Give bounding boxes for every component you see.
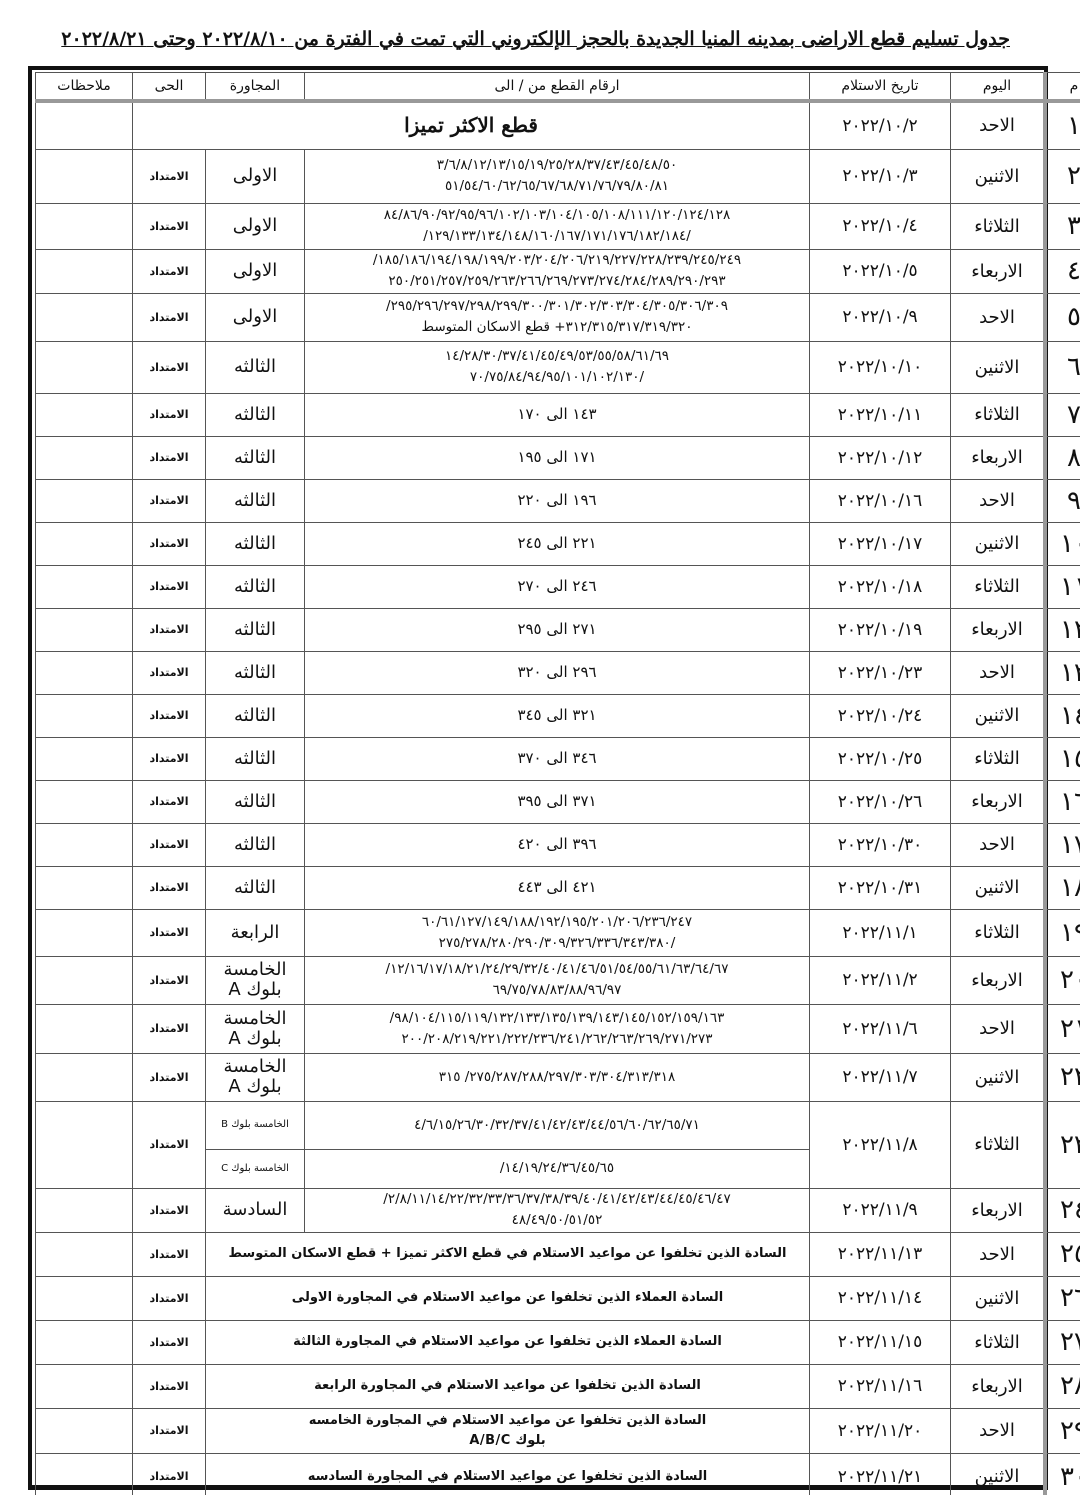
row-date: ٢٠٢٢/١٠/٤ (810, 203, 951, 249)
row-date: ٢٠٢٢/١٠/١١ (810, 393, 951, 436)
header-neighborhood: المجاورة (206, 73, 305, 102)
table-row: ٥الاحد٢٠٢٢/١٠/٩٢٩٥/٢٩٦/٢٩٧/٢٩٨/٢٩٩/٣٠٠/٣… (36, 293, 1080, 341)
table-row: ٢الاثنين٢٠٢٢/١٠/٣٣/٦/٨/١٢/١٣/١٥/١٩/٢٥/٢٨… (36, 149, 1080, 203)
row-date: ٢٠٢٢/١٠/٩ (810, 293, 951, 341)
row-index: ١٢ (1045, 608, 1080, 651)
row-date: ٢٠٢٢/١١/١٤ (810, 1276, 951, 1320)
row-neighborhood: الثالثه (206, 823, 305, 866)
row-date: ٢٠٢٢/١٠/٢٦ (810, 780, 951, 823)
row-notes (36, 651, 133, 694)
header-day: اليوم (951, 73, 1046, 102)
table-row: ٤الاربعاء٢٠٢٢/١٠/٥١٨٥/١٨٦/١٩٤/١٩٨/١٩٩/٢٠… (36, 249, 1080, 293)
plots-line: السادة الذين تخلفوا عن مواعيد الاستلام ف… (210, 1411, 805, 1431)
neighborhood-line: الاولى (210, 307, 300, 327)
row-date: ٢٠٢٢/١٠/١٨ (810, 565, 951, 608)
row-date: ٢٠٢٢/١٠/١٦ (810, 479, 951, 522)
row-notes (36, 1053, 133, 1101)
plots-line: السادة الذين تخلفوا عن مواعيد الاستلام ف… (210, 1467, 805, 1487)
row-neighborhood: الخامسة بلوك B (206, 1101, 305, 1149)
plots-line: ٢/٨/١١/١٤/٢٢/٣٢/٣٣/٣٦/٣٧/٣٨/٣٩/٤٠/٤١/٤٢/… (309, 1189, 805, 1210)
row-day: الاثنين (951, 522, 1046, 565)
row-index: ١ (1045, 101, 1080, 149)
neighborhood-line: الخامسة (210, 960, 300, 980)
table-row: ١٦الاربعاء٢٠٢٢/١٠/٢٦٣٧١ الى ٣٩٥الثالثهال… (36, 780, 1080, 823)
row-index: ٣٠ (1045, 1453, 1080, 1495)
plots-line: ٦٠/٦١/١٢٧/١٤٩/١٨٨/١٩٢/١٩٥/٢٠١/٢٠٦/٢٣٦/٢٤… (309, 912, 805, 933)
neighborhood-line: الثالثه (210, 534, 300, 554)
row-date: ٢٠٢٢/١٠/٣ (810, 149, 951, 203)
row-district: الامتداد (133, 293, 206, 341)
table-row: ٢٨الاربعاء٢٠٢٢/١١/١٦السادة الذين تخلفوا … (36, 1364, 1080, 1408)
delivery-schedule-table: م اليوم تاريخ الاستلام ارقام القطع من / … (35, 72, 1080, 1495)
table-row: ٢٥الاحد٢٠٢٢/١١/١٣السادة الذين تخلفوا عن … (36, 1232, 1080, 1276)
row-district: الامتداد (133, 694, 206, 737)
row-plots: ١٨٥/١٨٦/١٩٤/١٩٨/١٩٩/٢٠٣/٢٠٤/٢٠٦/٢١٩/٢٢٧/… (305, 249, 810, 293)
row-neighborhood: الثالثه (206, 393, 305, 436)
plots-line: ١٤٣ الى ١٧٠ (309, 404, 805, 425)
row-plots: ٣٢١ الى ٣٤٥ (305, 694, 810, 737)
row-date: ٢٠٢٢/١١/٨ (810, 1101, 951, 1188)
neighborhood-line: الثالثه (210, 405, 300, 425)
row-notes (36, 341, 133, 393)
table-row: ٢٢الاثنين٢٠٢٢/١١/٧٢٧٥/٢٨٧/٢٨٨/٢٩٧/٣٠٣/٣٠… (36, 1053, 1080, 1101)
row-day: الاحد (951, 823, 1046, 866)
row-neighborhood: الثالثه (206, 341, 305, 393)
plots-line: ٣/٦/٨/١٢/١٣/١٥/١٩/٢٥/٢٨/٣٧/٤٣/٤٥/٤٨/٥٠ (309, 155, 805, 176)
row-notes (36, 866, 133, 909)
row-index: ٢٧ (1045, 1320, 1080, 1364)
row-notes (36, 203, 133, 249)
neighborhood-line: الثالثه (210, 491, 300, 511)
plots-line: ٢٠٠/٢٠٨/٢١٩/٢٢١/٢٢٢/٢٣٦/٢٤١/٢٦٢/٢٦٣/٢٦٩/… (309, 1029, 805, 1050)
plots-line: /٢٧٥/٢٧٨/٢٨٠/٢٩٠/٣٠٩/٣٢٦/٣٣٦/٣٤٣/٣٨٠ (309, 933, 805, 954)
row-district: الامتداد (133, 956, 206, 1004)
row-day: الاربعاء (951, 249, 1046, 293)
row-day: الاثنين (951, 1276, 1046, 1320)
row-index: ١٥ (1045, 737, 1080, 780)
row-date: ٢٠٢٢/١١/٧ (810, 1053, 951, 1101)
row-notes (36, 1364, 133, 1408)
row-district: الامتداد (133, 479, 206, 522)
row-plots: السادة الذين تخلفوا عن مواعيد الاستلام ف… (206, 1364, 810, 1408)
neighborhood-line: الثالثه (210, 448, 300, 468)
row-notes (36, 1320, 133, 1364)
plots-line: ٢٢١ الى ٢٤٥ (309, 533, 805, 554)
table-row: ٢٠الاربعاء٢٠٢٢/١١/٢١٢/١٦/١٧/١٨/٢١/٢٤/٢٩/… (36, 956, 1080, 1004)
row-district: الامتداد (133, 149, 206, 203)
row-plots: ٤/٦/١٥/٢٦/٣٠/٣٢/٣٧/٤١/٤٢/٤٣/٤٤/٥٦/٦٠/٦٢/… (305, 1101, 810, 1149)
row-notes (36, 249, 133, 293)
row-notes (36, 909, 133, 956)
neighborhood-line: الخامسة (210, 1057, 300, 1077)
row-district: الامتداد (133, 436, 206, 479)
row-district: الامتداد (133, 565, 206, 608)
table-row: ٢٦الاثنين٢٠٢٢/١١/١٤السادة العملاء الذين … (36, 1276, 1080, 1320)
neighborhood-line: الثالثه (210, 620, 300, 640)
row-date: ٢٠٢٢/١٠/٣٠ (810, 823, 951, 866)
header-index: م (1045, 73, 1080, 102)
plots-line: ١٤/٢٨/٣٠/٣٧/٤١/٤٥/٤٩/٥٣/٥٥/٥٨/٦١/٦٩ (309, 346, 805, 367)
row-day: الثلاثاء (951, 737, 1046, 780)
row-index: ١٦ (1045, 780, 1080, 823)
row-district: الامتداد (133, 1101, 206, 1188)
row-index: ٢٠ (1045, 956, 1080, 1004)
row-date: ٢٠٢٢/١١/٢٠ (810, 1408, 951, 1453)
row-index: ٦ (1045, 341, 1080, 393)
neighborhood-line: الثالثه (210, 835, 300, 855)
row-plots: ٢٧١ الى ٢٩٥ (305, 608, 810, 651)
row-date: ٢٠٢٢/١٠/١٩ (810, 608, 951, 651)
plots-line: ٤٨/٤٩/٥٠/٥١/٥٢ (309, 1210, 805, 1231)
row-notes (36, 479, 133, 522)
row-index: ٢٢ (1045, 1053, 1080, 1101)
row-index: ٢٦ (1045, 1276, 1080, 1320)
header-date: تاريخ الاستلام (810, 73, 951, 102)
table-row: ٢٧الثلاثاء٢٠٢٢/١١/١٥السادة العملاء الذين… (36, 1320, 1080, 1364)
row-date: ٢٠٢٢/١١/٩ (810, 1188, 951, 1232)
row-notes (36, 694, 133, 737)
row-district: الامتداد (133, 522, 206, 565)
row-index: ١٨ (1045, 866, 1080, 909)
table-row: ٢٩الاحد٢٠٢٢/١١/٢٠السادة الذين تخلفوا عن … (36, 1408, 1080, 1453)
row-neighborhood: الثالثه (206, 694, 305, 737)
row-district: الامتداد (133, 1276, 206, 1320)
plots-line: ٢٤٦ الى ٢٧٠ (309, 576, 805, 597)
neighborhood-line: بلوك A (210, 1077, 300, 1097)
neighborhood-line: الثالثه (210, 878, 300, 898)
row-neighborhood: الخامسةبلوك A (206, 1053, 305, 1101)
row-day: الثلاثاء (951, 1320, 1046, 1364)
plots-line: ٣٢١ الى ٣٤٥ (309, 705, 805, 726)
row-index: ٨ (1045, 436, 1080, 479)
plots-line: ١٨٥/١٨٦/١٩٤/١٩٨/١٩٩/٢٠٣/٢٠٤/٢٠٦/٢١٩/٢٢٧/… (309, 250, 805, 271)
row-day: الاثنين (951, 866, 1046, 909)
plots-line: ٣٧١ الى ٣٩٥ (309, 791, 805, 812)
neighborhood-line: الثالثه (210, 749, 300, 769)
row-plots: ١٢/١٦/١٧/١٨/٢١/٢٤/٢٩/٣٢/٤٠/٤١/٤٦/٥١/٥٤/٥… (305, 956, 810, 1004)
row-index: ٢ (1045, 149, 1080, 203)
row-index: ٤ (1045, 249, 1080, 293)
row-day: الثلاثاء (951, 565, 1046, 608)
plots-line: ٢٩٦ الى ٣٢٠ (309, 662, 805, 683)
row-plots: ٤٢١ الى ٤٤٣ (305, 866, 810, 909)
table-row: ٦الاثنين٢٠٢٢/١٠/١٠١٤/٢٨/٣٠/٣٧/٤١/٤٥/٤٩/٥… (36, 341, 1080, 393)
plots-line: ٢٧١ الى ٢٩٥ (309, 619, 805, 640)
row-neighborhood: الثالثه (206, 651, 305, 694)
row-index: ٢١ (1045, 1004, 1080, 1053)
neighborhood-line: الاولى (210, 166, 300, 186)
row-date: ٢٠٢٢/١١/١٥ (810, 1320, 951, 1364)
table-row: ١٥الثلاثاء٢٠٢٢/١٠/٢٥٣٤٦ الى ٣٧٠الثالثهال… (36, 737, 1080, 780)
row-date: ٢٠٢٢/١٠/٢٣ (810, 651, 951, 694)
plots-line: ٣٩٦ الى ٤٢٠ (309, 834, 805, 855)
row-index: ١٠ (1045, 522, 1080, 565)
row-plots: السادة الذين تخلفوا عن مواعيد الاستلام ف… (206, 1408, 810, 1453)
row-plots: ١٤/١٩/٢٤/٣٦/٤٥/٦٥/ (305, 1149, 810, 1188)
row-neighborhood: الاولى (206, 149, 305, 203)
row-neighborhood: الثالثه (206, 780, 305, 823)
plots-line: ٤٢١ الى ٤٤٣ (309, 877, 805, 898)
row-day: الثلاثاء (951, 909, 1046, 956)
row-day: الاحد (951, 101, 1046, 149)
row-date: ٢٠٢٢/١٠/٢٤ (810, 694, 951, 737)
row-plots: ٢/٨/١١/١٤/٢٢/٣٢/٣٣/٣٦/٣٧/٣٨/٣٩/٤٠/٤١/٤٢/… (305, 1188, 810, 1232)
row-date: ٢٠٢٢/١١/١ (810, 909, 951, 956)
table-row: ٣٠الاثنين٢٠٢٢/١١/٢١السادة الذين تخلفوا ع… (36, 1453, 1080, 1495)
row-district: الامتداد (133, 203, 206, 249)
row-neighborhood: الخامسةبلوك A (206, 1004, 305, 1053)
plots-line: /١٢٩/١٣٣/١٣٤/١٤٨/١٦٠/١٦٧/١٧١/١٧٦/١٨٢/١٨٤… (309, 226, 805, 247)
header-notes: ملاحظات (36, 73, 133, 102)
plots-line: ٩٨/١٠٤/١١٥/١١٩/١٣٢/١٣٣/١٣٥/١٣٩/١٤٣/١٤٥/١… (309, 1008, 805, 1029)
row-plots: ٣٤٦ الى ٣٧٠ (305, 737, 810, 780)
row-district: الامتداد (133, 1232, 206, 1276)
row-district: الامتداد (133, 1364, 206, 1408)
row-date: ٢٠٢٢/١٠/٥ (810, 249, 951, 293)
row-date: ٢٠٢٢/١٠/٣١ (810, 866, 951, 909)
row-notes (36, 1408, 133, 1453)
row-date: ٢٠٢٢/١٠/٢٥ (810, 737, 951, 780)
row-date: ٢٠٢٢/١٠/٢ (810, 101, 951, 149)
table-header-row: م اليوم تاريخ الاستلام ارقام القطع من / … (36, 73, 1080, 102)
row-neighborhood: الاولى (206, 249, 305, 293)
row-plots: ٩٨/١٠٤/١١٥/١١٩/١٣٢/١٣٣/١٣٥/١٣٩/١٤٣/١٤٥/١… (305, 1004, 810, 1053)
row-day: الاربعاء (951, 1364, 1046, 1408)
plots-line: السادة العملاء الذين تخلفوا عن مواعيد ال… (210, 1288, 805, 1308)
row-index: ١٣ (1045, 651, 1080, 694)
row-index: ٢٥ (1045, 1232, 1080, 1276)
row-notes (36, 565, 133, 608)
row-notes (36, 293, 133, 341)
table-body: ١الاحد٢٠٢٢/١٠/٢قطع الاكثر تميزا٢الاثنين٢… (36, 101, 1080, 1495)
table-row: ١٢الاربعاء٢٠٢٢/١٠/١٩٢٧١ الى ٢٩٥الثالثهال… (36, 608, 1080, 651)
row-district: الامتداد (133, 866, 206, 909)
row-district: الامتداد (133, 823, 206, 866)
row-district: الامتداد (133, 780, 206, 823)
row-index: ٢٣ (1045, 1101, 1080, 1188)
row-day: الاربعاء (951, 780, 1046, 823)
row-district: الامتداد (133, 341, 206, 393)
row-notes (36, 956, 133, 1004)
table-row: ٢٣الثلاثاء٢٠٢٢/١١/٨٤/٦/١٥/٢٦/٣٠/٣٢/٣٧/٤١… (36, 1101, 1080, 1149)
row-notes (36, 823, 133, 866)
row-plots: ١٤٣ الى ١٧٠ (305, 393, 810, 436)
plots-line: ٣٤٦ الى ٣٧٠ (309, 748, 805, 769)
row-date: ٢٠٢٢/١١/٦ (810, 1004, 951, 1053)
row-neighborhood: الاولى (206, 293, 305, 341)
table-row: ٩الاحد٢٠٢٢/١٠/١٦١٩٦ الى ٢٢٠الثالثهالامتد… (36, 479, 1080, 522)
header-plots: ارقام القطع من / الى (305, 73, 810, 102)
row-day: الاثنين (951, 1053, 1046, 1101)
row-district: الامتداد (133, 249, 206, 293)
row-neighborhood: الثالثه (206, 866, 305, 909)
row-day: الثلاثاء (951, 203, 1046, 249)
table-row: ٨الاربعاء٢٠٢٢/١٠/١٢١٧١ الى ١٩٥الثالثهالا… (36, 436, 1080, 479)
row-plots: السادة العملاء الذين تخلفوا عن مواعيد ال… (206, 1276, 810, 1320)
row-date: ٢٠٢٢/١١/١٦ (810, 1364, 951, 1408)
row-date: ٢٠٢٢/١٠/١٢ (810, 436, 951, 479)
row-notes (36, 780, 133, 823)
row-district: الامتداد (133, 1004, 206, 1053)
row-day: الاحد (951, 1004, 1046, 1053)
row-neighborhood: الثالثه (206, 436, 305, 479)
row-notes (36, 737, 133, 780)
plots-line: ١٩٦ الى ٢٢٠ (309, 490, 805, 511)
row-day: الاحد (951, 1232, 1046, 1276)
row-day: الاربعاء (951, 608, 1046, 651)
row-day: الاثنين (951, 341, 1046, 393)
table-row: ١الاحد٢٠٢٢/١٠/٢قطع الاكثر تميزا (36, 101, 1080, 149)
row-district: الامتداد (133, 737, 206, 780)
table-row: ١١الثلاثاء٢٠٢٢/١٠/١٨٢٤٦ الى ٢٧٠الثالثهال… (36, 565, 1080, 608)
table-row: ١٣الاحد٢٠٢٢/١٠/٢٣٢٩٦ الى ٣٢٠الثالثهالامت… (36, 651, 1080, 694)
row-plots: ٢٧٥/٢٨٧/٢٨٨/٢٩٧/٣٠٣/٣٠٤/٣١٣/٣١٨/ ٣١٥ (305, 1053, 810, 1101)
row-day: الاثنين (951, 149, 1046, 203)
row-plots: ٢٩٥/٢٩٦/٢٩٧/٢٩٨/٢٩٩/٣٠٠/٣٠١/٣٠٢/٣٠٣/٣٠٤/… (305, 293, 810, 341)
row-district: الامتداد (133, 1188, 206, 1232)
plots-line: السادة العملاء الذين تخلفوا عن مواعيد ال… (210, 1332, 805, 1352)
neighborhood-line: الثالثه (210, 577, 300, 597)
row-day: الثلاثاء (951, 393, 1046, 436)
row-neighborhood: السادسة (206, 1188, 305, 1232)
neighborhood-line: الثالثه (210, 792, 300, 812)
row-plots: ١٤/٢٨/٣٠/٣٧/٤١/٤٥/٤٩/٥٣/٥٥/٥٨/٦١/٦٩/٧٠/٧… (305, 341, 810, 393)
row-neighborhood: الثالثه (206, 522, 305, 565)
row-plots: قطع الاكثر تميزا (133, 101, 810, 149)
row-district: الامتداد (133, 1320, 206, 1364)
table-row: ٧الثلاثاء٢٠٢٢/١٠/١١١٤٣ الى ١٧٠الثالثهالا… (36, 393, 1080, 436)
table-row: ١٧الاحد٢٠٢٢/١٠/٣٠٣٩٦ الى ٤٢٠الثالثهالامت… (36, 823, 1080, 866)
row-plots: ٦٠/٦١/١٢٧/١٤٩/١٨٨/١٩٢/١٩٥/٢٠١/٢٠٦/٢٣٦/٢٤… (305, 909, 810, 956)
row-plots: ١٩٦ الى ٢٢٠ (305, 479, 810, 522)
row-plots: السادة الذين تخلفوا عن مواعيد الاستلام ف… (206, 1453, 810, 1495)
row-day: الاربعاء (951, 956, 1046, 1004)
row-district: الامتداد (133, 1408, 206, 1453)
row-plots: ١٧١ الى ١٩٥ (305, 436, 810, 479)
row-notes (36, 1101, 133, 1188)
table-row: ١٤الاثنين٢٠٢٢/١٠/٢٤٣٢١ الى ٣٤٥الثالثهالا… (36, 694, 1080, 737)
neighborhood-line: الثالثه (210, 706, 300, 726)
row-notes (36, 1453, 133, 1495)
row-index: ١٤ (1045, 694, 1080, 737)
row-notes (36, 1232, 133, 1276)
row-day: الاحد (951, 1408, 1046, 1453)
table-row: ١٠الاثنين٢٠٢٢/١٠/١٧٢٢١ الى ٢٤٥الثالثهالا… (36, 522, 1080, 565)
row-index: ١١ (1045, 565, 1080, 608)
neighborhood-line: بلوك A (210, 1029, 300, 1049)
row-plots: ٨٤/٨٦/٩٠/٩٢/٩٥/٩٦/١٠٢/١٠٣/١٠٤/١٠٥/١٠٨/١١… (305, 203, 810, 249)
table-row: ٣الثلاثاء٢٠٢٢/١٠/٤٨٤/٨٦/٩٠/٩٢/٩٥/٩٦/١٠٢/… (36, 203, 1080, 249)
row-notes (36, 101, 133, 149)
row-index: ٧ (1045, 393, 1080, 436)
row-district: الامتداد (133, 909, 206, 956)
row-index: ٢٤ (1045, 1188, 1080, 1232)
row-day: الاربعاء (951, 1188, 1046, 1232)
plots-line: ١٢/١٦/١٧/١٨/٢١/٢٤/٢٩/٣٢/٤٠/٤١/٤٦/٥١/٥٤/٥… (309, 959, 805, 980)
row-plots: ٣/٦/٨/١٢/١٣/١٥/١٩/٢٥/٢٨/٣٧/٤٣/٤٥/٤٨/٥٠٥١… (305, 149, 810, 203)
neighborhood-line: الاولى (210, 216, 300, 236)
row-neighborhood: الثالثه (206, 737, 305, 780)
row-date: ٢٠٢٢/١٠/١٠ (810, 341, 951, 393)
row-district: الامتداد (133, 651, 206, 694)
neighborhood-line: بلوك A (210, 980, 300, 1000)
row-notes (36, 393, 133, 436)
plots-line: ٢٩٥/٢٩٦/٢٩٧/٢٩٨/٢٩٩/٣٠٠/٣٠١/٣٠٢/٣٠٣/٣٠٤/… (309, 296, 805, 317)
neighborhood-line: السادسة (210, 1200, 300, 1220)
plots-line: ٦٩/٧٥/٧٨/٨٣/٨٨/٩٦/٩٧ (309, 980, 805, 1001)
table-row: ١٨الاثنين٢٠٢٢/١٠/٣١٤٢١ الى ٤٤٣الثالثهالا… (36, 866, 1080, 909)
plots-line: بلوك A/B/C (210, 1431, 805, 1451)
neighborhood-line: الاولى (210, 261, 300, 281)
row-plots: ٣٩٦ الى ٤٢٠ (305, 823, 810, 866)
plots-line: ٨٤/٨٦/٩٠/٩٢/٩٥/٩٦/١٠٢/١٠٣/١٠٤/١٠٥/١٠٨/١١… (309, 205, 805, 226)
row-plots: ٢٢١ الى ٢٤٥ (305, 522, 810, 565)
row-index: ١٧ (1045, 823, 1080, 866)
neighborhood-line: الثالثه (210, 357, 300, 377)
plots-line: ٣١٢/٣١٥/٣١٧/٣١٩/٣٢٠+ قطع الاسكان المتوسط (309, 317, 805, 338)
plots-line: ١٧١ الى ١٩٥ (309, 447, 805, 468)
row-notes (36, 1188, 133, 1232)
neighborhood-line: الخامسة (210, 1009, 300, 1029)
plots-line: /٧٠/٧٥/٨٤/٩٤/٩٥/١٠١/١٠٢/١٣٠ (309, 367, 805, 388)
row-neighborhood: الرابعة (206, 909, 305, 956)
row-index: ٢٨ (1045, 1364, 1080, 1408)
row-date: ٢٠٢٢/١١/٢ (810, 956, 951, 1004)
row-index: ٩ (1045, 479, 1080, 522)
row-neighborhood: الثالثه (206, 479, 305, 522)
row-neighborhood: الثالثه (206, 608, 305, 651)
plots-line: ٢٥٠/٢٥١/٢٥٧/٢٥٩/٢٦٣/٢٦٦/٢٦٩/٢٧٣/٢٧٤/٢٨٤/… (309, 271, 805, 292)
row-notes (36, 522, 133, 565)
row-plots: ٢٩٦ الى ٣٢٠ (305, 651, 810, 694)
row-notes (36, 608, 133, 651)
row-notes (36, 1276, 133, 1320)
table-row: ١٩الثلاثاء٢٠٢٢/١١/١٦٠/٦١/١٢٧/١٤٩/١٨٨/١٩٢… (36, 909, 1080, 956)
plots-line: ٢٧٥/٢٨٧/٢٨٨/٢٩٧/٣٠٣/٣٠٤/٣١٣/٣١٨/ ٣١٥ (309, 1067, 805, 1088)
row-day: الاحد (951, 293, 1046, 341)
header-district: الحى (133, 73, 206, 102)
row-plots: ٣٧١ الى ٣٩٥ (305, 780, 810, 823)
document-title: جدول تسليم قطع الاراضى بمدينه المنيا الج… (80, 28, 1010, 50)
neighborhood-line: الرابعة (210, 923, 300, 943)
row-day: الثلاثاء (951, 1101, 1046, 1188)
row-date: ٢٠٢٢/١١/٢١ (810, 1453, 951, 1495)
plots-line: السادة الذين تخلفوا عن مواعيد الاستلام ف… (210, 1244, 805, 1264)
row-district: الامتداد (133, 393, 206, 436)
row-date: ٢٠٢٢/١١/١٣ (810, 1232, 951, 1276)
row-plots: السادة الذين تخلفوا عن مواعيد الاستلام ف… (206, 1232, 810, 1276)
row-notes (36, 149, 133, 203)
row-day: الاحد (951, 651, 1046, 694)
row-plots: ٢٤٦ الى ٢٧٠ (305, 565, 810, 608)
row-index: ٢٩ (1045, 1408, 1080, 1453)
row-day: الاثنين (951, 1453, 1046, 1495)
row-neighborhood: الاولى (206, 203, 305, 249)
row-index: ٥ (1045, 293, 1080, 341)
row-neighborhood: الخامسةبلوك A (206, 956, 305, 1004)
row-date: ٢٠٢٢/١٠/١٧ (810, 522, 951, 565)
row-neighborhood: الثالثه (206, 565, 305, 608)
row-district: الامتداد (133, 1453, 206, 1495)
row-day: الاثنين (951, 694, 1046, 737)
row-neighborhood: الخامسة بلوك C (206, 1149, 305, 1188)
neighborhood-line: الثالثه (210, 663, 300, 683)
row-notes (36, 1004, 133, 1053)
row-day: الاحد (951, 479, 1046, 522)
row-index: ٣ (1045, 203, 1080, 249)
row-plots: السادة العملاء الذين تخلفوا عن مواعيد ال… (206, 1320, 810, 1364)
row-index: ١٩ (1045, 909, 1080, 956)
